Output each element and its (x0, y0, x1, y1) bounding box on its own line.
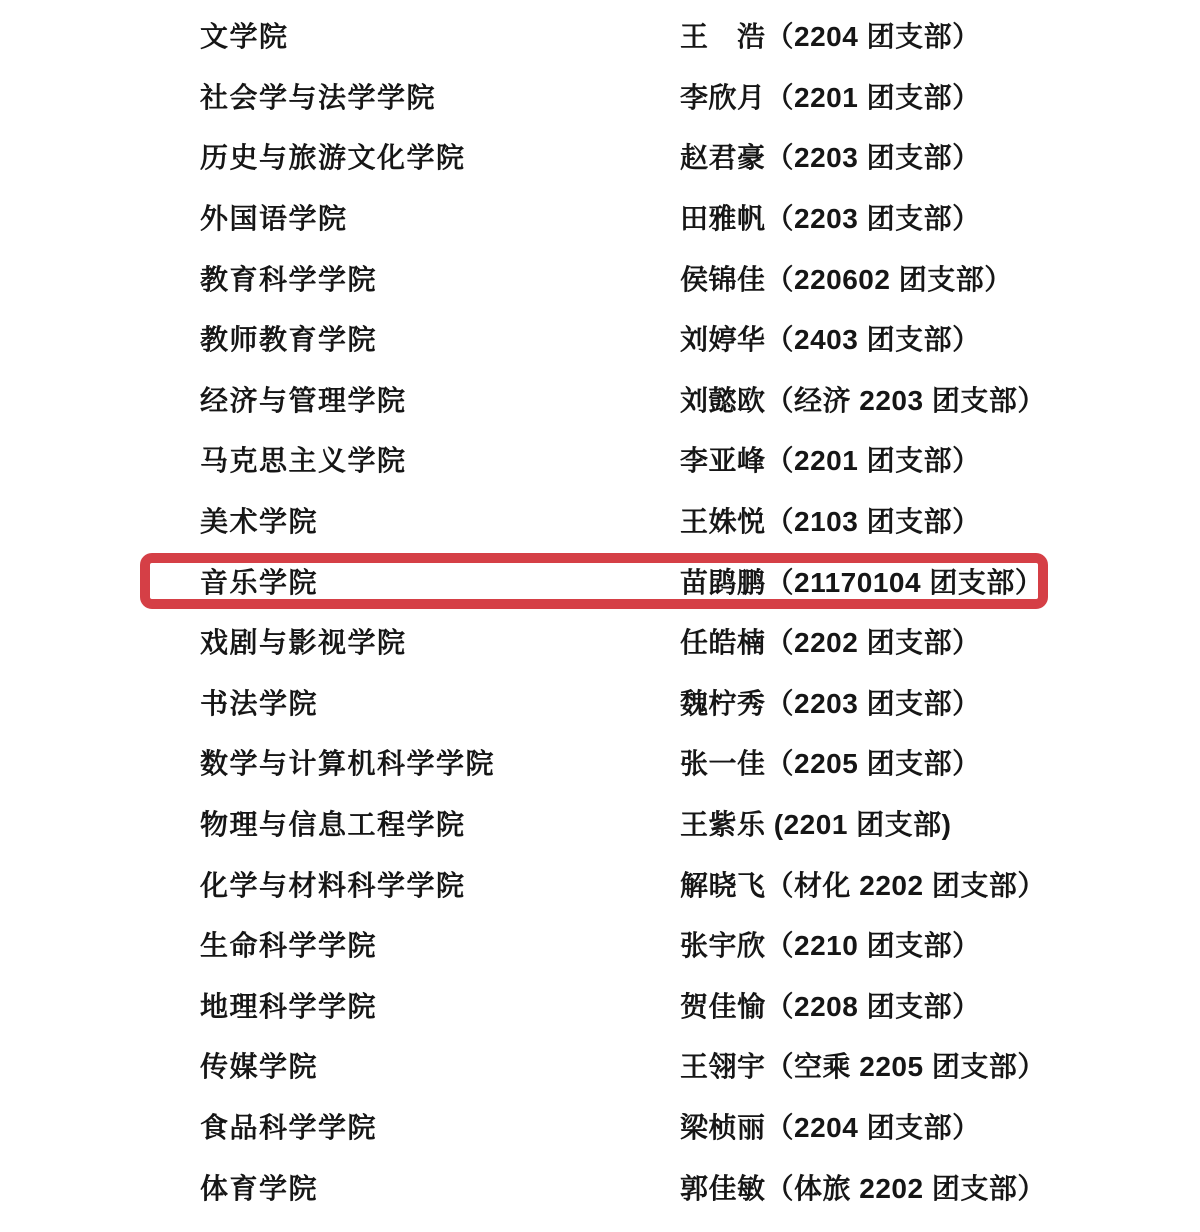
table-row: 社会学与法学学院 李欣月（2201 团支部） (0, 66, 1200, 127)
college-name: 生命科学学院 (200, 924, 377, 964)
table-row: 经济与管理学院 刘懿欧（经济 2203 团支部） (0, 369, 1200, 430)
table-row: 化学与材料科学学院 解晓飞（材化 2202 团支部） (0, 853, 1200, 914)
college-name: 音乐学院 (200, 561, 318, 601)
member-name-and-branch: 王紫乐 (2201 团支部) (680, 803, 952, 843)
table-row: 文学院 王 浩（2204 团支部） (0, 5, 1200, 66)
member-name-and-branch: 李亚峰（2201 团支部） (680, 439, 981, 479)
table-row: 生命科学学院 张宇欣（2210 团支部） (0, 914, 1200, 975)
college-name: 食品科学学院 (200, 1106, 377, 1146)
member-name-and-branch: 梁桢丽（2204 团支部） (680, 1106, 981, 1146)
college-name: 教育科学学院 (200, 258, 377, 298)
table-row: 数学与计算机科学学院 张一佳（2205 团支部） (0, 732, 1200, 793)
college-name: 数学与计算机科学学院 (200, 742, 495, 782)
member-name-and-branch: 王翎宇（空乘 2205 团支部） (680, 1045, 1046, 1085)
college-name: 体育学院 (200, 1167, 318, 1207)
table-row-highlighted: 音乐学院 苗鹍鹏（21170104 团支部） (0, 550, 1200, 611)
table-row: 物理与信息工程学院 王紫乐 (2201 团支部) (0, 793, 1200, 854)
table-row: 美术学院 王姝悦（2103 团支部） (0, 490, 1200, 551)
table-row: 教育科学学院 侯锦佳（220602 团支部） (0, 247, 1200, 308)
member-name-and-branch: 郭佳敏（体旅 2202 团支部） (680, 1167, 1046, 1207)
member-name-and-branch: 苗鹍鹏（21170104 团支部） (680, 561, 1043, 601)
member-name-and-branch: 任皓楠（2202 团支部） (680, 621, 981, 661)
college-name: 教师教育学院 (200, 318, 377, 358)
member-name-and-branch: 张一佳（2205 团支部） (680, 742, 981, 782)
member-name-and-branch: 解晓飞（材化 2202 团支部） (680, 864, 1046, 904)
member-name-and-branch: 田雅帆（2203 团支部） (680, 197, 981, 237)
table-row: 历史与旅游文化学院 赵君豪（2203 团支部） (0, 126, 1200, 187)
table-row: 书法学院 魏柠秀（2203 团支部） (0, 672, 1200, 733)
member-name-and-branch: 王姝悦（2103 团支部） (680, 500, 981, 540)
college-name: 化学与材料科学学院 (200, 864, 466, 904)
table-row: 马克思主义学院 李亚峰（2201 团支部） (0, 429, 1200, 490)
college-name: 传媒学院 (200, 1045, 318, 1085)
college-name: 地理科学学院 (200, 985, 377, 1025)
member-name-and-branch: 魏柠秀（2203 团支部） (680, 682, 981, 722)
member-name-and-branch: 张宇欣（2210 团支部） (680, 924, 981, 964)
member-name-and-branch: 侯锦佳（220602 团支部） (680, 258, 1013, 298)
table-row: 传媒学院 王翎宇（空乘 2205 团支部） (0, 1035, 1200, 1096)
college-name: 书法学院 (200, 682, 318, 722)
table-row: 地理科学学院 贺佳愉（2208 团支部） (0, 975, 1200, 1036)
college-name: 马克思主义学院 (200, 439, 407, 479)
table-row: 外国语学院 田雅帆（2203 团支部） (0, 187, 1200, 248)
table-row: 食品科学学院 梁桢丽（2204 团支部） (0, 1096, 1200, 1157)
college-name: 外国语学院 (200, 197, 348, 237)
college-name: 美术学院 (200, 500, 318, 540)
table-row: 体育学院 郭佳敏（体旅 2202 团支部） (0, 1156, 1200, 1217)
college-name: 戏剧与影视学院 (200, 621, 407, 661)
member-name-and-branch: 王 浩（2204 团支部） (680, 15, 981, 55)
member-name-and-branch: 李欣月（2201 团支部） (680, 76, 981, 116)
member-name-and-branch: 赵君豪（2203 团支部） (680, 136, 981, 176)
table-row: 戏剧与影视学院 任皓楠（2202 团支部） (0, 611, 1200, 672)
college-name: 社会学与法学学院 (200, 76, 436, 116)
member-name-and-branch: 刘懿欧（经济 2203 团支部） (680, 379, 1046, 419)
college-name: 历史与旅游文化学院 (200, 136, 466, 176)
college-name: 经济与管理学院 (200, 379, 407, 419)
college-roster-list: 文学院 王 浩（2204 团支部） 社会学与法学学院 李欣月（2201 团支部）… (0, 0, 1200, 1217)
table-row: 教师教育学院 刘婷华（2403 团支部） (0, 308, 1200, 369)
college-name: 文学院 (200, 15, 289, 55)
college-name: 物理与信息工程学院 (200, 803, 466, 843)
member-name-and-branch: 贺佳愉（2208 团支部） (680, 985, 981, 1025)
member-name-and-branch: 刘婷华（2403 团支部） (680, 318, 981, 358)
